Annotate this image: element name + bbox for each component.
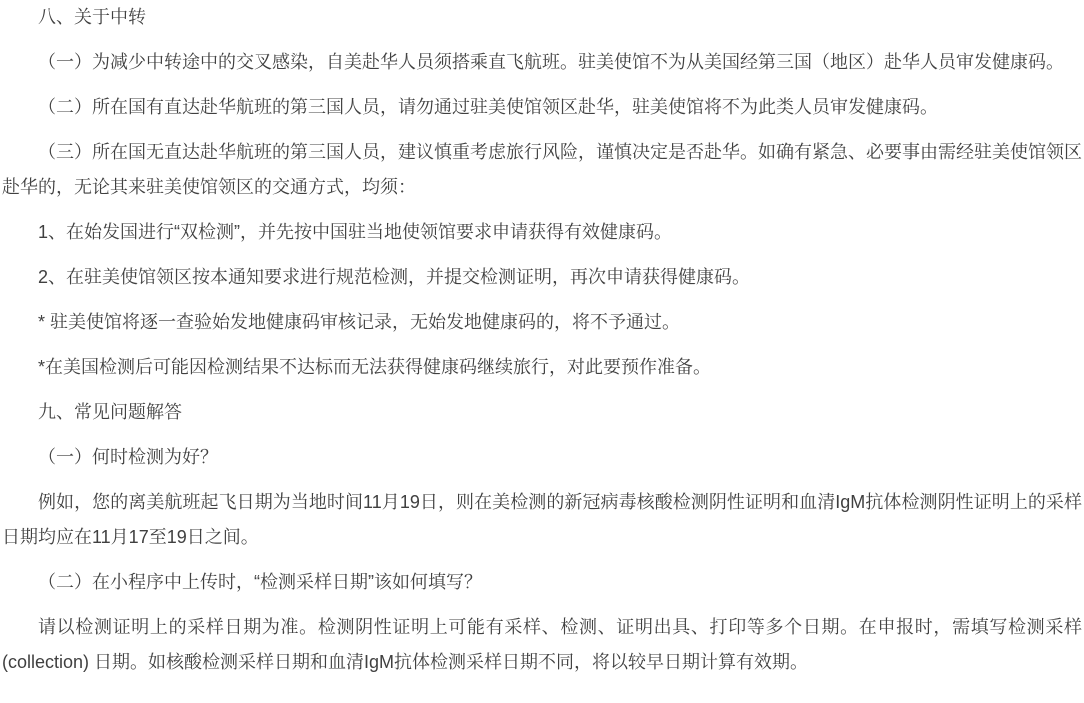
- faq-question-2: （二）在小程序中上传时，“检测采样日期”该如何填写？: [2, 565, 1082, 600]
- heading-section-8: 八、关于中转: [2, 0, 1082, 35]
- faq-answer-2: 请以检测证明上的采样日期为准。检测阴性证明上可能有采样、检测、证明出具、打印等多…: [2, 610, 1082, 680]
- para-third-country-no-direct: （三）所在国无直达赴华航班的第三国人员，建议慎重考虑旅行风险，谨慎决定是否赴华。…: [2, 135, 1082, 205]
- para-dual-test-origin: 1、在始发国进行“双检测”，并先按中国驻当地使领馆要求申请获得有效健康码。: [2, 215, 1082, 250]
- para-retest-in-us: 2、在驻美使馆领区按本通知要求进行规范检测，并提交检测证明，再次申请获得健康码。: [2, 260, 1082, 295]
- note-origin-health-code: * 驻美使馆将逐一查验始发地健康码审核记录，无始发地健康码的，将不予通过。: [2, 305, 1082, 340]
- para-transit-direct-flight: （一）为减少中转途中的交叉感染，自美赴华人员须搭乘直飞航班。驻美使馆不为从美国经…: [2, 45, 1082, 80]
- para-third-country-direct: （二）所在国有直达赴华航班的第三国人员，请勿通过驻美使馆领区赴华，驻美使馆将不为…: [2, 90, 1082, 125]
- faq-answer-1: 例如，您的离美航班起飞日期为当地时间11月19日，则在美检测的新冠病毒核酸检测阴…: [2, 485, 1082, 555]
- note-test-result-risk: *在美国检测后可能因检测结果不达标而无法获得健康码继续旅行，对此要预作准备。: [2, 350, 1082, 385]
- faq-question-1: （一）何时检测为好？: [2, 440, 1082, 475]
- notice-document: 八、关于中转 （一）为减少中转途中的交叉感染，自美赴华人员须搭乘直飞航班。驻美使…: [0, 0, 1084, 680]
- heading-section-9: 九、常见问题解答: [2, 395, 1082, 430]
